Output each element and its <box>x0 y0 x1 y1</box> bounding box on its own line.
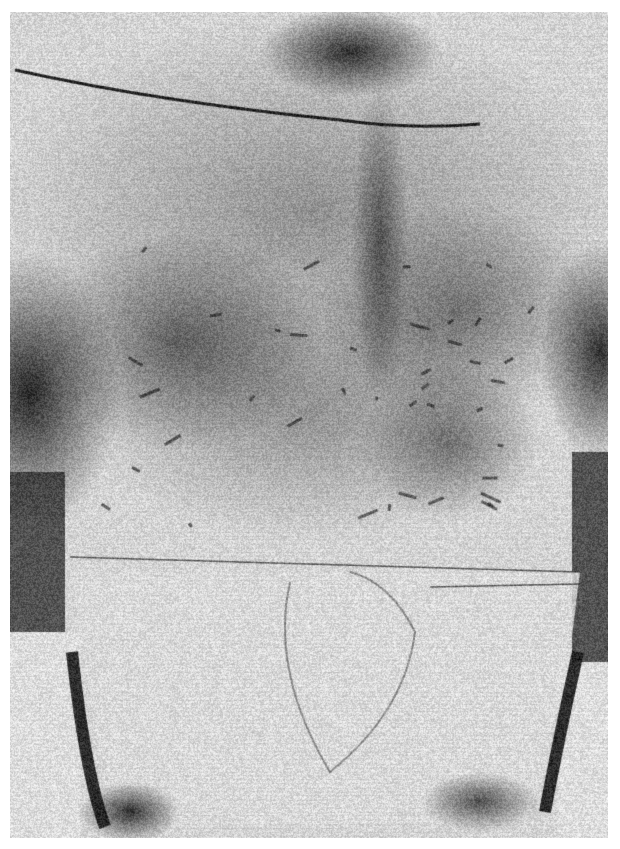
cloth-photograph: Grayscale photograph of a woven cloth su… <box>10 12 608 838</box>
cloth-texture-canvas <box>10 12 608 838</box>
